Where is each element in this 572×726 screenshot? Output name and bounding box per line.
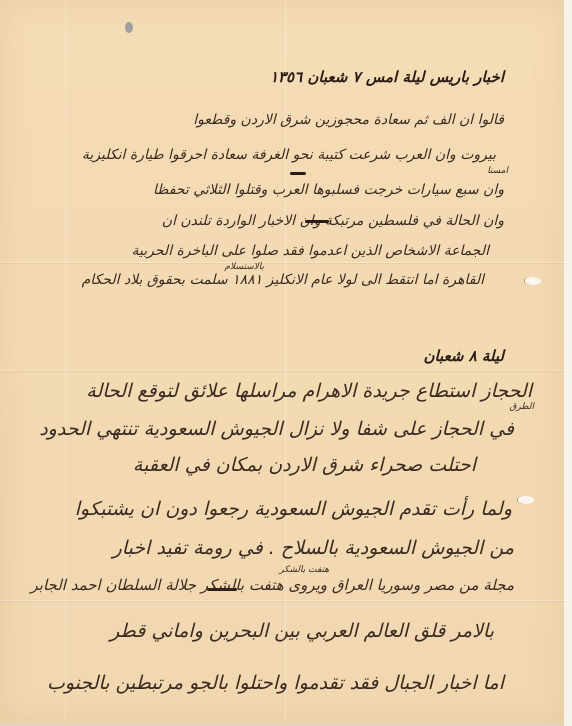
paper-fold-line <box>0 262 564 263</box>
strike-out <box>305 220 329 223</box>
section-1-heading: اخبار باريس ليلة امس ٧ شعبان ١٣٥٦ <box>270 68 504 86</box>
letter-line: اما اخبار الجبال فقد تقدموا واحتلوا بالج… <box>47 672 504 694</box>
letter-line: قالوا ان الف ثم سعادة محجوزين شرق الاردن… <box>193 112 504 128</box>
section-2-heading: ليلة ٨ شعبان <box>423 347 504 365</box>
paper-fold-line <box>0 600 564 601</box>
margin-note: الطرق <box>509 402 534 412</box>
letter-line: الحجاز استطاع جريدة الاهرام مراسلها علائ… <box>86 380 532 402</box>
margin-note: امسنا <box>487 166 508 176</box>
paper-tear <box>518 496 534 504</box>
letter-line: في الحجاز على شفا ولا نزال الجيوش السعود… <box>39 418 514 440</box>
letter-line: مجلة من مصر وسوريا العراق ويروى هتفت بال… <box>31 576 514 594</box>
letter-line: ولما رأت تقدم الجيوش السعودية رجعوا دون … <box>75 498 512 520</box>
ink-stain <box>125 22 133 33</box>
letter-line: وان الحالة في فلسطين مرتبكة وان الاخبار … <box>162 213 504 229</box>
paper-fold-line <box>0 370 564 371</box>
letter-line: بالامر قلق العالم العربي بين البحرين وام… <box>110 620 494 642</box>
margin-note: هتفت بالشكر <box>279 565 329 575</box>
letter-line: وان سبع سيارات خرجت فسلبوها العرب وقتلوا… <box>153 182 504 198</box>
paper-fold-line <box>285 0 286 722</box>
scan-border <box>564 0 572 726</box>
letter-line: من الجيوش السعودية بالسلاح . في رومة تفي… <box>113 537 514 559</box>
paper-tear <box>525 277 541 285</box>
margin-note: بالاستسلام <box>224 262 264 272</box>
letter-line: بيروت وان العرب شرعت كتيبة نحو الغرفة سع… <box>82 147 496 163</box>
letter-line: احتلت صحراء شرق الاردن بمكان في العقبة <box>133 454 476 476</box>
strike-out <box>290 172 306 175</box>
letter-page: اخبار باريس ليلة امس ٧ شعبان ١٣٥٦ قالوا … <box>0 0 564 722</box>
letter-line: القاهرة اما انتقط الى لولا عام الانكليز … <box>82 272 484 288</box>
letter-line: الجماعة الاشخاص الذين اعدموا فقد صلوا عل… <box>132 243 489 259</box>
paper-fold-line <box>65 0 66 722</box>
